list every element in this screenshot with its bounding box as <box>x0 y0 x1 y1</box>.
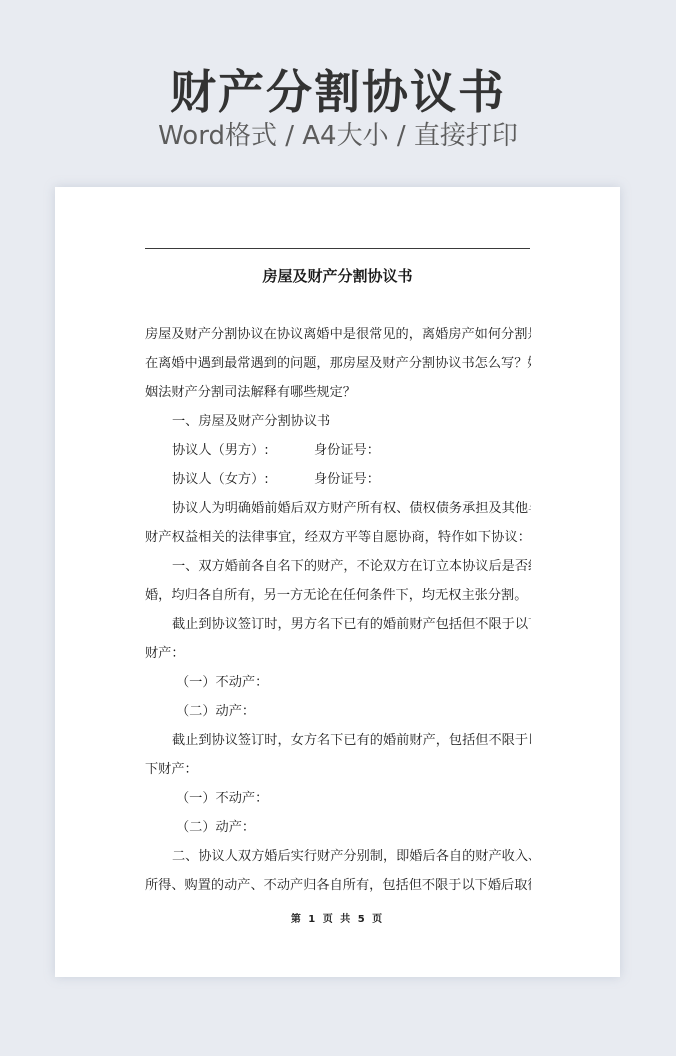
document-body: 房屋及财产分割协议在协议离婚中是很常见的，离婚房产如何分割是 在离婚中遇到最常遇… <box>145 320 531 900</box>
male-assets-line: 财产： <box>145 639 531 668</box>
party-male-label: 协议人（男方）: <box>172 436 314 465</box>
document-page: 房屋及财产分割协议书 房屋及财产分割协议在协议离婚中是很常见的，离婚房产如何分割… <box>55 187 620 977</box>
purpose-line: 协议人为明确婚前婚后双方财产所有权、债权债务承担及其他与 <box>145 494 531 523</box>
intro-line: 姻法财产分割司法解释有哪些规定？ <box>145 378 531 407</box>
banner-subtitle: Word格式 / A4大小 / 直接打印 <box>0 118 676 154</box>
page-footer: 第 1 页 共 5 页 <box>55 912 620 928</box>
intro-line: 在离婚中遇到最常遇到的问题，那房屋及财产分割协议书怎么写？婚 <box>145 349 531 378</box>
section1-heading: 一、房屋及财产分割协议书 <box>145 407 531 436</box>
party-male-row: 协议人（男方）:身份证号： <box>145 436 531 465</box>
male-movable: （二）动产： <box>145 697 531 726</box>
party-female-label: 协议人（女方）: <box>172 465 314 494</box>
female-assets-line: 下财产： <box>145 755 531 784</box>
header-rule <box>145 248 530 249</box>
clause2-line: 二、协议人双方婚后实行财产分别制，即婚后各自的财产收入、 <box>145 842 531 871</box>
party-female-id-label: 身份证号： <box>314 472 380 487</box>
clause1-line: 婚，均归各自所有，另一方无论在任何条件下，均无权主张分割。 <box>145 581 531 610</box>
party-male-id-label: 身份证号： <box>314 443 380 458</box>
male-real-estate: （一）不动产： <box>145 668 531 697</box>
female-real-estate: （一）不动产： <box>145 784 531 813</box>
intro-line: 房屋及财产分割协议在协议离婚中是很常见的，离婚房产如何分割是 <box>145 320 531 349</box>
purpose-line: 财产权益相关的法律事宜，经双方平等自愿协商，特作如下协议： <box>145 523 531 552</box>
female-assets-line: 截止到协议签订时，女方名下已有的婚前财产，包括但不限于以 <box>145 726 531 755</box>
party-female-row: 协议人（女方）:身份证号： <box>145 465 531 494</box>
clause1-line: 一、双方婚前各自名下的财产，不论双方在订立本协议后是否结 <box>145 552 531 581</box>
female-movable: （二）动产： <box>145 813 531 842</box>
document-title: 房屋及财产分割协议书 <box>55 265 620 287</box>
clause2-line: 所得、购置的动产、不动产归各自所有，包括但不限于以下婚后取得 <box>145 871 531 900</box>
male-assets-line: 截止到协议签订时，男方名下已有的婚前财产包括但不限于以下 <box>145 610 531 639</box>
banner-title: 财产分割协议书 <box>0 64 676 120</box>
